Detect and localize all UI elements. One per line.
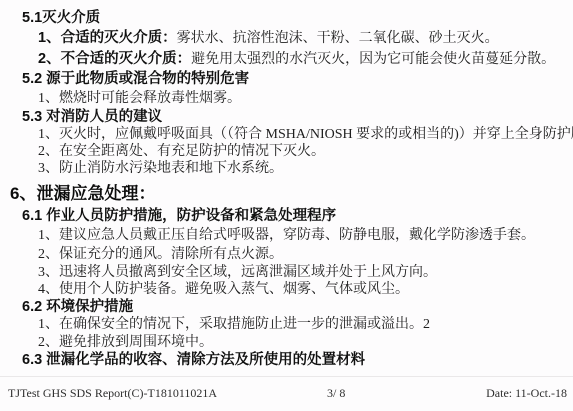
list-item: 1、灭火时，应佩戴呼吸面具（（符合 MSHA/NIOSH 要求的或相当的)）并穿… bbox=[22, 126, 567, 143]
footer-report-id: TJTest GHS SDS Report(C)-T181011021A bbox=[8, 386, 217, 401]
section-5-2-heading: 5.2 源于此物质或混合物的特别危害 bbox=[22, 70, 567, 89]
section-6-1: 6.1 作业人员防护措施，防护设备和紧急处理程序 1、建议应急人员戴正压自给式呼… bbox=[22, 207, 567, 298]
list-item: 1、在确保安全的情况下，采取措施防止进一步的泄漏或溢出。2 bbox=[22, 316, 567, 334]
item-lead-label: 1、合适的灭火介质： bbox=[38, 30, 177, 46]
footer-divider bbox=[0, 376, 573, 377]
list-item: 2、不合适的灭火介质：避免用太强烈的水汽灭火，因为它可能会使火苗蔓延分散。 bbox=[22, 49, 567, 70]
list-item: 2、在安全距离处、有充足防护的情况下灭火。 bbox=[22, 143, 567, 160]
list-item: 1、建议应急人员戴正压自给式呼吸器，穿防毒、防静电服，戴化学防渗透手套。 bbox=[22, 226, 567, 245]
section-5-3-heading: 5.3 对消防人员的建议 bbox=[22, 108, 567, 126]
chapter-6-heading: 6、泄漏应急处理： bbox=[10, 183, 567, 205]
section-5-1-heading: 5.1灭火介质 bbox=[22, 8, 567, 28]
section-6-2: 6.2 环境保护措施 1、在确保安全的情况下，采取措施防止进一步的泄漏或溢出。2… bbox=[22, 298, 567, 351]
item-lead-label: 2、不合适的灭火介质： bbox=[38, 51, 191, 67]
list-item: 2、保证充分的通风。清除所有点火源。 bbox=[22, 245, 567, 264]
list-item: 3、迅速将人员撤离到安全区域，远离泄漏区域并处于上风方向。 bbox=[22, 264, 567, 281]
list-item: 4、使用个人防护装备。避免吸入蒸气、烟雾、气体或风尘。 bbox=[22, 281, 567, 298]
list-item: 3、防止消防水污染地表和地下水系统。 bbox=[22, 160, 567, 177]
section-5-2: 5.2 源于此物质或混合物的特别危害 1、燃烧时可能会释放毒性烟雾。 bbox=[22, 70, 567, 108]
list-item: 2、避免排放到周围环境中。 bbox=[22, 334, 567, 351]
section-6-3-heading: 6.3 泄漏化学品的收容、清除方法及所使用的处置材料 bbox=[22, 351, 567, 369]
sds-document-page: 5.1灭火介质 1、合适的灭火介质：雾状水、抗溶性泡沫、干粉、二氧化碳、砂土灭火… bbox=[0, 0, 573, 411]
document-body: 5.1灭火介质 1、合适的灭火介质：雾状水、抗溶性泡沫、干粉、二氧化碳、砂土灭火… bbox=[0, 0, 573, 369]
section-5-3: 5.3 对消防人员的建议 1、灭火时，应佩戴呼吸面具（（符合 MSHA/NIOS… bbox=[22, 108, 567, 177]
item-text: 雾状水、抗溶性泡沫、干粉、二氧化碳、砂土灭火。 bbox=[177, 31, 499, 46]
list-item: 1、合适的灭火介质：雾状水、抗溶性泡沫、干粉、二氧化碳、砂土灭火。 bbox=[22, 28, 567, 49]
section-6-3: 6.3 泄漏化学品的收容、清除方法及所使用的处置材料 bbox=[22, 351, 567, 369]
page-footer: TJTest GHS SDS Report(C)-T181011021A 3/ … bbox=[0, 386, 573, 404]
section-6-2-heading: 6.2 环境保护措施 bbox=[22, 298, 567, 316]
footer-date: Date: 11-Oct.-18 bbox=[486, 386, 567, 401]
section-6-1-heading: 6.1 作业人员防护措施，防护设备和紧急处理程序 bbox=[22, 207, 567, 226]
section-5-1: 5.1灭火介质 1、合适的灭火介质：雾状水、抗溶性泡沫、干粉、二氧化碳、砂土灭火… bbox=[22, 8, 567, 70]
item-text: 避免用太强烈的水汽灭火，因为它可能会使火苗蔓延分散。 bbox=[191, 52, 555, 67]
list-item: 1、燃烧时可能会释放毒性烟雾。 bbox=[22, 89, 567, 108]
footer-page-number: 3/ 8 bbox=[327, 386, 345, 401]
